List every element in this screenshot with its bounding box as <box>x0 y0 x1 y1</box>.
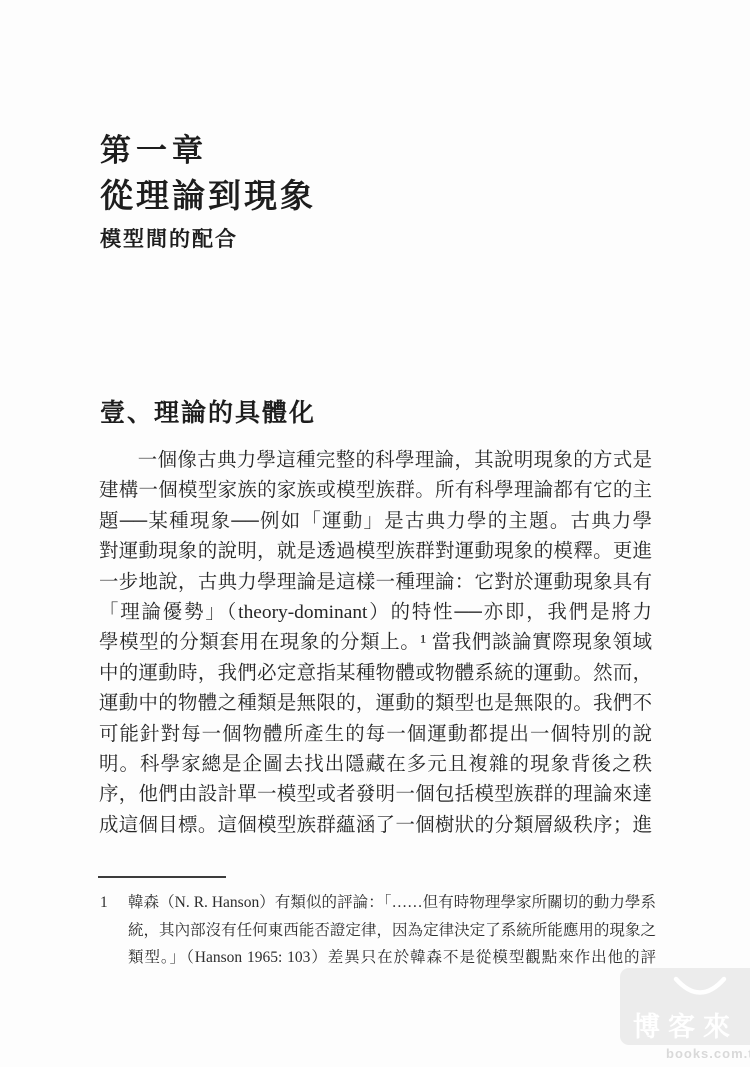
footnote-line: 統，其內部沒有任何東西能否證定律，因為定律決定了系統所能應用的現象之 <box>128 917 656 945</box>
shopping-bag-handle-icon <box>673 976 727 1005</box>
footnote: 1 韓森（N. R. Hanson）有類似的評論：「……但有時物理學家所關切的動… <box>100 889 656 972</box>
paragraph-line: 明。科學家總是企圖去找出隱藏在多元且複雜的現象背後之秩 <box>99 750 652 780</box>
paragraph-line: 成這個目標。這個模型族群蘊涵了一個樹狀的分類層級秩序；進 <box>99 811 652 841</box>
paragraph-line: 建構一個模型家族的家族或模型族群。所有科學理論都有它的主 <box>99 476 652 506</box>
paragraph-line: 可能針對每一個物體所產生的每一個運動都提出一個特別的說 <box>99 720 652 750</box>
paragraph-line: 題──某種現象──例如「運動」是古典力學的主題。古典力學 <box>99 507 652 537</box>
footnote-line: 韓森（N. R. Hanson）有類似的評論：「……但有時物理學家所關切的動力學… <box>128 889 656 917</box>
paragraph-line: 一個像古典力學這種完整的科學理論，其說明現象的方式是 <box>99 446 652 476</box>
book-page: 第一章 從理論到現象 模型間的配合 壹、理論的具體化 一個像古典力學這種完整的科… <box>0 0 750 1067</box>
chapter-title: 從理論到現象 <box>100 174 316 221</box>
paragraph-line: 序，他們由設計單一模型或者發明一個包括模型族群的理論來達 <box>99 780 652 810</box>
bookscomtw-watermark-logo: 博客來 <box>620 968 750 1045</box>
chapter-number: 第一章 <box>100 128 316 174</box>
paragraph-line: 對運動現象的說明，就是透過模型族群對運動現象的模釋。更進 <box>99 537 652 567</box>
watermark-site-text: books.com.tw <box>666 1046 750 1061</box>
paragraph-line: 中的運動時，我們必定意指某種物體或物體系統的運動。然而， <box>99 659 652 689</box>
paragraph-line: 運動中的物體之種類是無限的，運動的類型也是無限的。我們不 <box>99 689 652 719</box>
footnote-line: 類型。」（Hanson 1965: 103）差異只在於韓森不是從模型觀點來作出他… <box>128 944 656 972</box>
footnote-marker: 1 <box>100 889 108 917</box>
watermark-logo-text: 博客來 <box>633 1005 738 1044</box>
paragraph-line: 「理論優勢」（theory-dominant）的特性──亦即，我們是將力 <box>99 598 652 628</box>
chapter-subtitle: 模型間的配合 <box>100 221 316 257</box>
section-heading: 壹、理論的具體化 <box>100 393 316 429</box>
chapter-heading: 第一章 從理論到現象 模型間的配合 <box>100 128 316 257</box>
footnote-divider <box>98 876 226 878</box>
body-paragraph: 一個像古典力學這種完整的科學理論，其說明現象的方式是 建構一個模型家族的家族或模… <box>99 446 652 841</box>
paragraph-line: 一步地說，古典力學理論是這樣一種理論：它對於運動現象具有 <box>99 568 652 598</box>
paragraph-line: 學模型的分類套用在現象的分類上。¹ 當我們談論實際現象領域 <box>99 628 652 658</box>
